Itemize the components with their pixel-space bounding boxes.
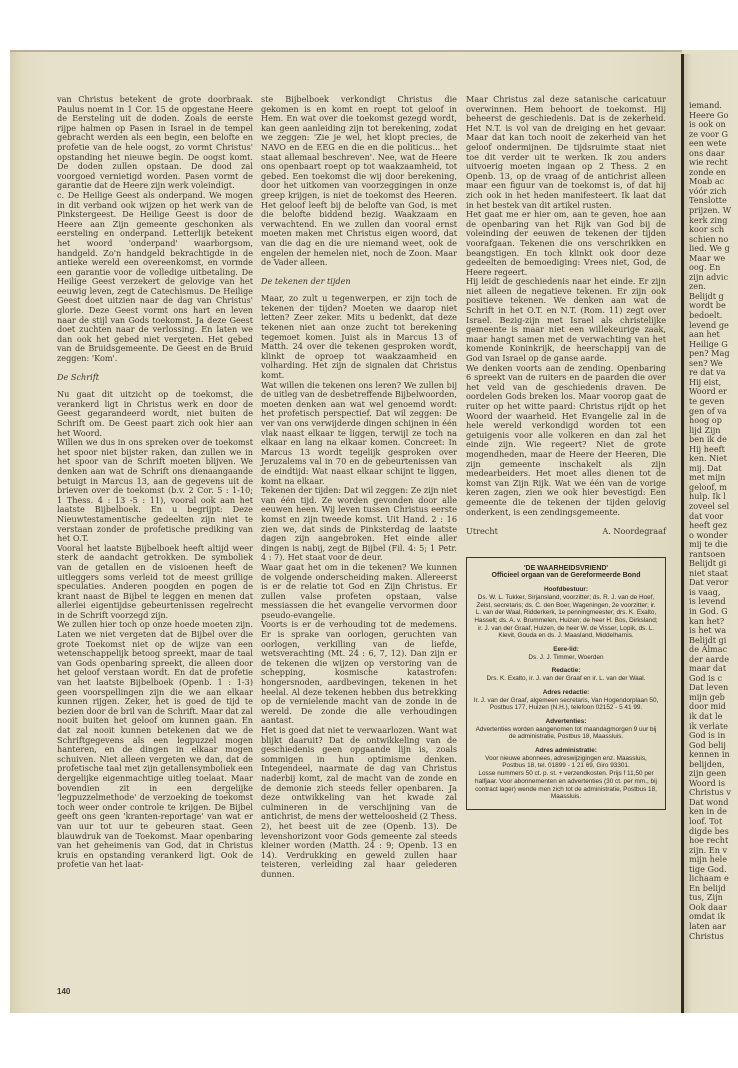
column-2-paragraphs: ste Bijbelboek verkondigt Christus die g… [261,95,457,268]
colophon-section: Adres administratie:Voor nieuwe abonnees… [473,747,659,801]
right-page-line: Christus [689,932,738,942]
column-2-paragraph: ste Bijbelboek verkondigt Christus die g… [261,95,457,268]
colophon-section-text: Losse nummers 50 ct. p. st. + verzendkos… [473,770,659,801]
column-1-paragraph: c. De Heilige Geest als onderpand. We mo… [57,191,253,364]
article-column-1: van Christus betekent de grote doorbraak… [57,95,253,870]
colophon-subtitle: Officieel orgaan van de Gereformeerde Bo… [473,572,659,580]
column-1-paragraph: Vooral het laatste Bijbelboek heeft alti… [57,544,253,621]
signature-author: A. Noordegraaf [602,527,666,537]
column-1-paragraph: van Christus betekent de grote doorbraak… [57,95,253,191]
colophon-section-text: Ds. J. J. Timmer, Woerden [473,654,659,662]
section-heading-de-schrift: De Schrift [57,373,253,383]
column-3-paragraph: Het gaat me er hier om, aan te geven, ho… [466,210,666,277]
colophon-section: Redactie:Drs. K. Exalto, ir. J. van der … [473,667,659,682]
article-column-2: ste Bijbelboek verkondigt Christus die g… [261,95,457,880]
article-signature: Utrecht A. Noordegraaf [466,527,666,537]
column-2-paragraph: Waar gaat het om in die tekenen? We kunn… [261,563,457,621]
column-2-paragraph: Het is goed dat niet te verwaarlozen. Wa… [261,726,457,880]
page-number: 140 [57,987,70,996]
colophon-section-text: Drs. K. Exalto, ir. J. van der Graaf en … [473,675,659,683]
colophon-section-heading: Redactie: [473,667,659,675]
article-column-3: Maar Christus zal deze satanische carica… [466,95,666,810]
column-2-paragraph: Voorts is er de verhouding tot de medeme… [261,620,457,726]
column-1-paragraphs: van Christus betekent de grote doorbraak… [57,95,253,364]
column-1-paragraph: We zullen hier toch op onze hoede moeten… [57,620,253,869]
colophon-box: 'DE WAARHEIDSVRIEND' Officieel orgaan va… [466,557,666,810]
column-1-paragraph: Nu gaat dit uitzicht op de toekomst, die… [57,390,253,438]
colophon-section: Hoofdbestuur:Ds. W. L. Tukker, Sirjansla… [473,586,659,640]
colophon-sections: Hoofdbestuur:Ds. W. L. Tukker, Sirjansla… [473,586,659,801]
column-2-paragraph: Tekenen der tijden: Dat wil zeggen: Ze z… [261,486,457,563]
section-heading-tekenen-der-tijden: De tekenen der tijden [261,277,457,287]
column-2-paragraph: Maar, zo zult u tegenwerpen, er zijn toc… [261,294,457,380]
column-2-paragraphs-after: Maar, zo zult u tegenwerpen, er zijn toc… [261,294,457,879]
colophon-section-heading: Advertenties: [473,718,659,726]
column-3-paragraph: We denken voorts aan de zending. Openbar… [466,364,666,518]
column-1-paragraphs-after: Nu gaat dit uitzicht op de toekomst, die… [57,390,253,870]
right-page-text: iemand.Heere Gois ook onze voor Geen wet… [689,101,738,941]
colophon-section-text: Voor nieuwe abonnees, adreswijzigingen e… [473,755,659,770]
colophon-title: 'DE WAARHEIDSVRIEND' [473,565,659,573]
colophon-section-text: Ds. W. L. Tukker, Sirjansland, voorzitte… [473,594,659,640]
colophon-section-heading: Adres redactie: [473,689,659,697]
right-page-fragment: iemand.Heere Gois ook onze voor Geen wet… [684,54,738,1013]
colophon-section: Adres redactie:Ir. J. van der Graaf, alg… [473,689,659,712]
column-3-paragraph: Hij leidt de geschiedenis naar het einde… [466,277,666,363]
column-3-paragraph: Maar Christus zal deze satanische carica… [466,95,666,210]
colophon-section-text: Ir. J. van der Graaf, algemeen secretari… [473,697,659,712]
column-1-paragraph: Willen we dus in ons spreken over de toe… [57,438,253,544]
colophon-section-text: Advertenties worden aangenomen tot maand… [473,726,659,741]
colophon-section: Advertenties:Advertenties worden aangeno… [473,718,659,741]
colophon-section-heading: Eere-lid: [473,646,659,654]
colophon-section-heading: Hoofdbestuur: [473,586,659,594]
column-3-paragraphs: Maar Christus zal deze satanische carica… [466,95,666,517]
signature-place: Utrecht [466,527,498,537]
colophon-section-heading: Adres administratie: [473,747,659,755]
colophon-section: Eere-lid:Ds. J. J. Timmer, Woerden [473,646,659,661]
column-2-paragraph: Wat willen die tekenen ons leren? We zul… [261,381,457,487]
